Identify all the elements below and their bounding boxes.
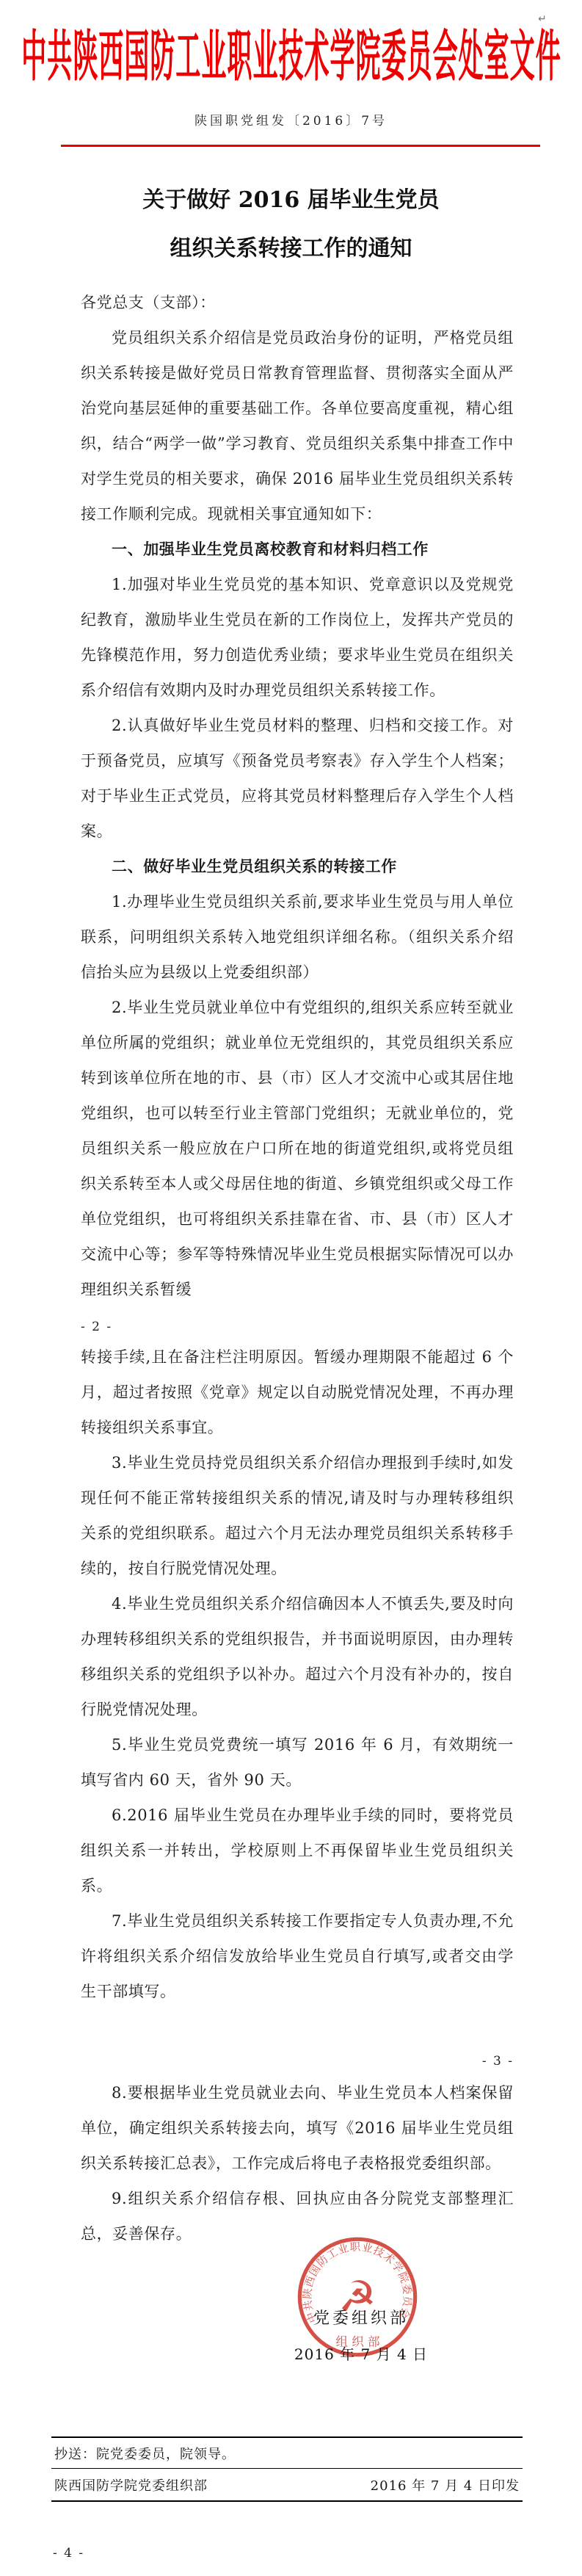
issuing-department: 陕西国防学院党委组织部 — [54, 2475, 208, 2494]
document-footer: 抄送：院党委委员，院领导。 陕西国防学院党委组织部 2016 年 7 月 4 日… — [51, 2436, 523, 2502]
body-paragraph: 1.加强对毕业生党员党的基本知识、党章意识以及党规党纪教育，激励毕业生党员在新的… — [81, 567, 514, 708]
page-number-2: - 2 - — [81, 1317, 514, 1336]
document-title-line1: 关于做好 2016 届毕业生党员 — [0, 176, 582, 225]
letterhead-org-title: 中共陕西国防工业职业技术学院委员会处室文件 — [21, 23, 561, 90]
page-number-4: - 4 - — [53, 2544, 84, 2563]
body-paragraph-continuation: 转接手续,且在备注栏注明原因。暂缓办理期限不能超过 6 个月，超过者按照《党章》… — [81, 1339, 514, 1445]
body-paragraph: 7.毕业生党员组织关系转接工作要指定专人负责办理,不允许将组织关系介绍信发放给毕… — [81, 1903, 514, 2009]
document-title-line2: 组织关系转接工作的通知 — [0, 225, 582, 273]
letterhead: 中共陕西国防工业职业技术学院委员会处室文件 — [0, 23, 582, 91]
body-paragraph: 2.毕业生党员就业单位中有党组织的,组织关系应转至就业单位所属的党组织；就业单位… — [81, 990, 514, 1307]
body-paragraph: 1.办理毕业生党员组织关系前,要求毕业生党员与用人单位联系，问明组织关系转入地党… — [81, 884, 514, 990]
body-paragraph: 5.毕业生党员党费统一填写 2016 年 6 月，有效期统一填写省内 60 天，… — [81, 1727, 514, 1798]
page-number-3: - 3 - — [81, 2052, 514, 2071]
body-paragraph: 4.毕业生党员组织关系介绍信确因本人不慎丢失,要及时向办理转移组织关系的党组织报… — [81, 1586, 514, 1727]
signature-date: 2016 年 7 月 4 日 — [291, 2342, 431, 2364]
signature-department: 党委组织部 — [295, 2306, 427, 2329]
body-paragraph: 6.2016 届毕业生党员在办理毕业手续的同时，要将党员组织关系一并转出，学校原… — [81, 1798, 514, 1903]
section-heading-2: 二、做好毕业生党员组织关系的转接工作 — [81, 849, 514, 884]
body-paragraph: 2.认真做好毕业生党员材料的整理、归档和交接工作。对于预备党员，应填写《预备党员… — [81, 708, 514, 849]
body-paragraph: 3.毕业生党员持党员组织关系介绍信办理报到手续时,如发现任何不能正常转接组织关系… — [81, 1445, 514, 1586]
print-date: 2016 年 7 月 4 日印发 — [371, 2475, 520, 2494]
cc-line: 抄送：院党委委员，院领导。 — [51, 2438, 523, 2469]
red-separator-rule — [61, 145, 540, 147]
official-document-page: ↵ 中共陕西国防工业职业技术学院委员会处室文件 陕国职党组发〔2016〕7号 关… — [0, 0, 582, 2576]
salutation: 各党总支（支部）： — [81, 285, 514, 320]
section-heading-1: 一、加强毕业生党员离校教育和材料归档工作 — [81, 532, 514, 567]
issue-line: 陕西国防学院党委组织部 2016 年 7 月 4 日印发 — [51, 2469, 523, 2502]
document-body: 各党总支（支部）： 党员组织关系介绍信是党员政治身份的证明，严格党员组织关系转接… — [81, 285, 514, 2251]
document-title: 关于做好 2016 届毕业生党员 组织关系转接工作的通知 — [0, 176, 582, 273]
body-paragraph: 党员组织关系介绍信是党员政治身份的证明，严格党员组织关系转接是做好党员日常教育管… — [81, 320, 514, 532]
document-number: 陕国职党组发〔2016〕7号 — [0, 110, 582, 129]
body-paragraph: 8.要根据毕业生党员就业去向、毕业生党员本人档案保留单位，确定组织关系转接去向，… — [81, 2075, 514, 2181]
